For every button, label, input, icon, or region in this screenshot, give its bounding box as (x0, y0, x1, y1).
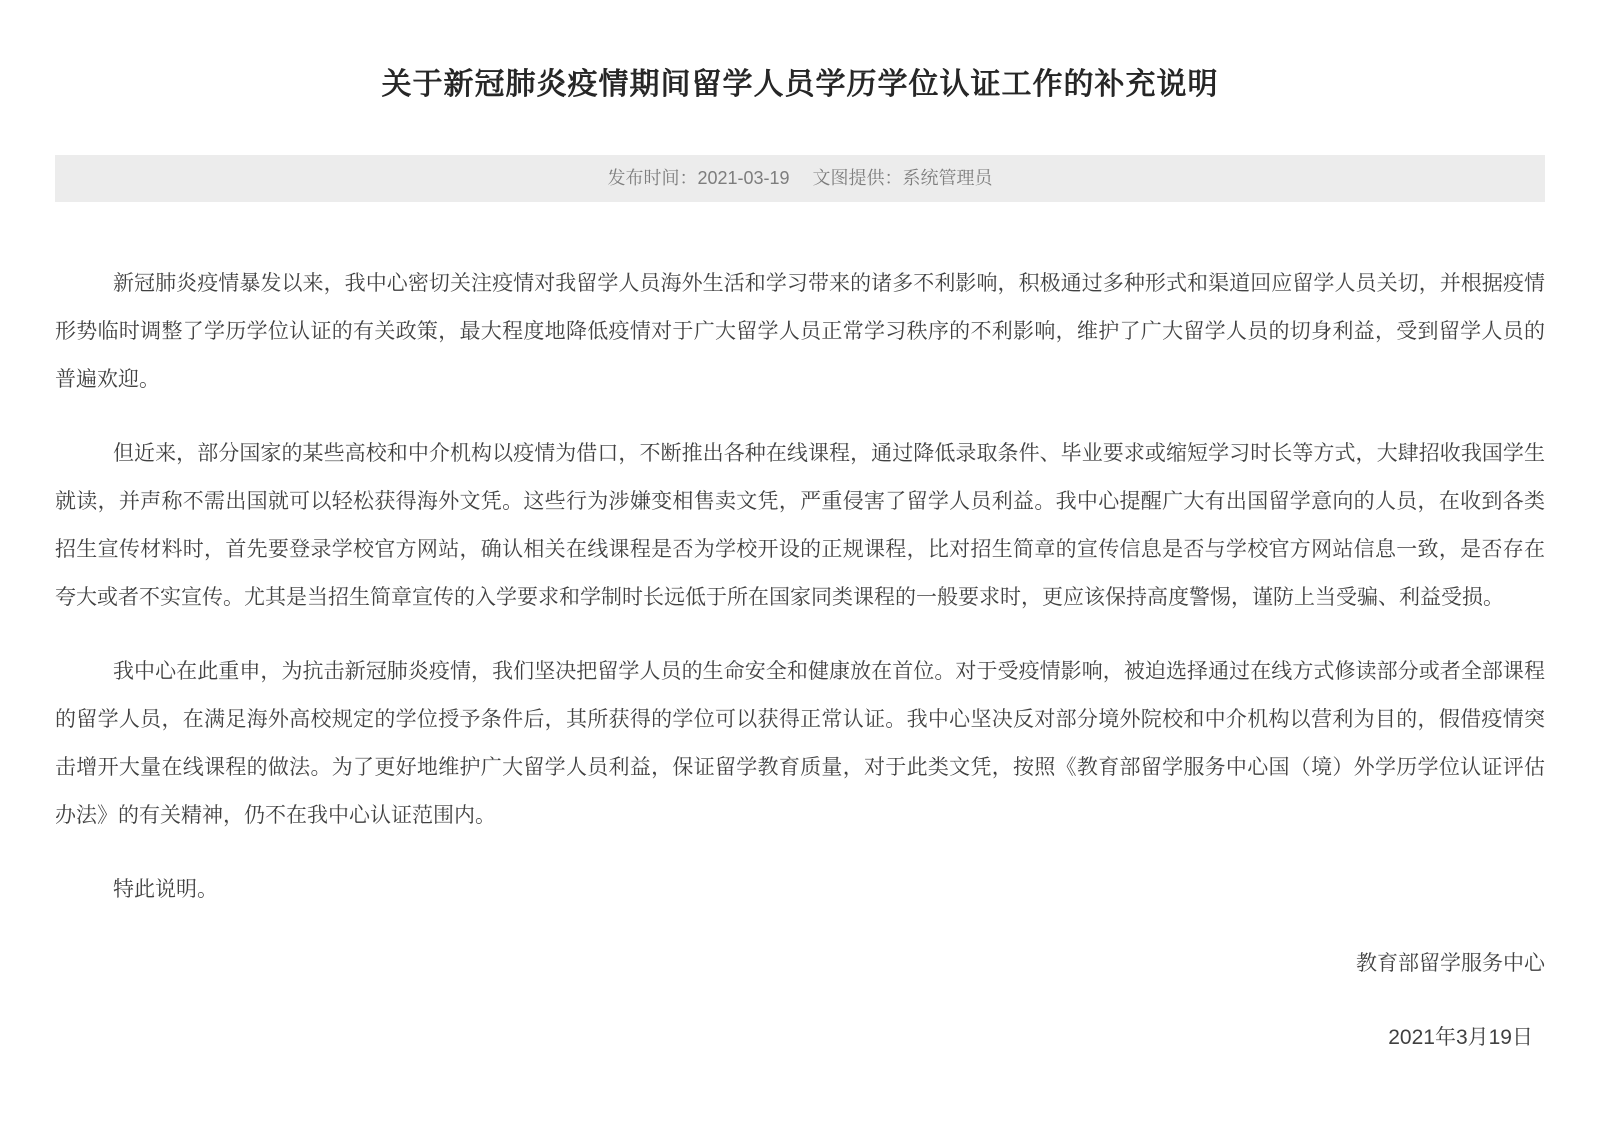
signature: 教育部留学服务中心 (55, 940, 1545, 988)
content-provider-label: 文图提供： (813, 168, 903, 188)
paragraph-closing: 特此说明。 (55, 866, 1545, 914)
publish-time: 发布时间：2021-03-19 (607, 168, 789, 188)
paragraph-3: 我中心在此重申，为抗击新冠肺炎疫情，我们坚决把留学人员的生命安全和健康放在首位。… (55, 648, 1545, 840)
meta-bar: 发布时间：2021-03-19 文图提供：系统管理员 (55, 155, 1545, 202)
publish-time-value: 2021-03-19 (697, 168, 789, 188)
content-provider-value: 系统管理员 (903, 168, 993, 188)
signature-date: 2021年3月19日 (55, 1014, 1545, 1062)
paragraph-1: 新冠肺炎疫情暴发以来，我中心密切关注疫情对我留学人员海外生活和学习带来的诸多不利… (55, 260, 1545, 404)
page-title: 关于新冠肺炎疫情期间留学人员学历学位认证工作的补充说明 (55, 64, 1545, 106)
document-page: 关于新冠肺炎疫情期间留学人员学历学位认证工作的补充说明 发布时间：2021-03… (0, 0, 1603, 1062)
publish-time-label: 发布时间： (607, 168, 697, 188)
content-provider: 文图提供：系统管理员 (813, 168, 993, 188)
paragraph-2: 但近来，部分国家的某些高校和中介机构以疫情为借口，不断推出各种在线课程，通过降低… (55, 430, 1545, 622)
article-body: 新冠肺炎疫情暴发以来，我中心密切关注疫情对我留学人员海外生活和学习带来的诸多不利… (55, 260, 1545, 1062)
